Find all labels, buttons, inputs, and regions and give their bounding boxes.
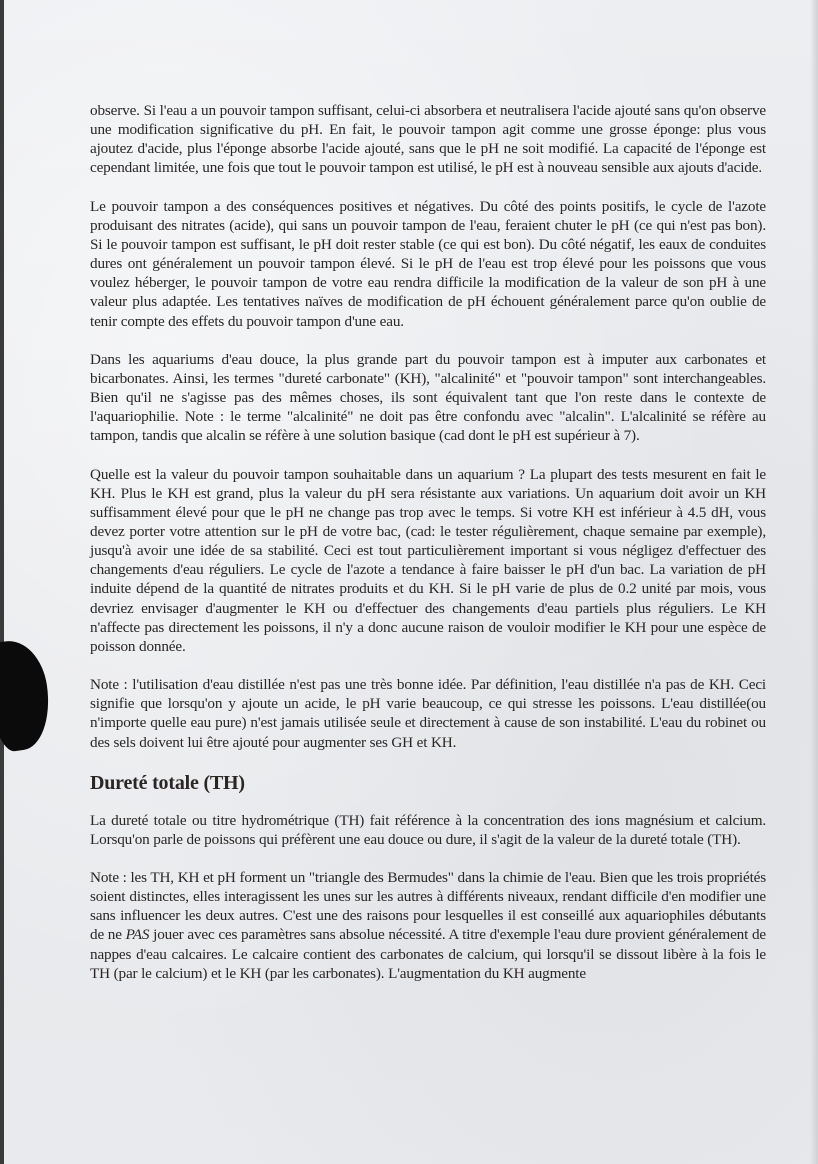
paragraph-th-definition: La dureté totale ou titre hydrométrique … (90, 811, 766, 849)
torn-paper-hole (0, 636, 55, 753)
document-page: observe. Si l'eau a un pouvoir tampon su… (90, 101, 766, 1002)
paragraph-distilled-water: Note : l'utilisation d'eau distillée n'e… (90, 675, 766, 752)
paragraph-buffer-consequences: Le pouvoir tampon a des conséquences pos… (90, 197, 766, 331)
scan-right-edge (810, 0, 818, 1164)
paragraph-text-end: jouer avec ces paramètres sans absolue n… (90, 926, 766, 981)
paragraph-carbonates: Dans les aquariums d'eau douce, la plus … (90, 350, 766, 446)
emphasis-pas: PAS (126, 926, 150, 943)
scan-left-edge (0, 0, 4, 1164)
section-heading-total-hardness: Dureté totale (TH) (90, 771, 766, 795)
paragraph-bermuda-triangle: Note : les TH, KH et pH forment un "tria… (90, 868, 766, 983)
paragraph-kh-value: Quelle est la valeur du pouvoir tampon s… (90, 465, 766, 657)
paragraph-buffer-intro: observe. Si l'eau a un pouvoir tampon su… (90, 101, 766, 178)
